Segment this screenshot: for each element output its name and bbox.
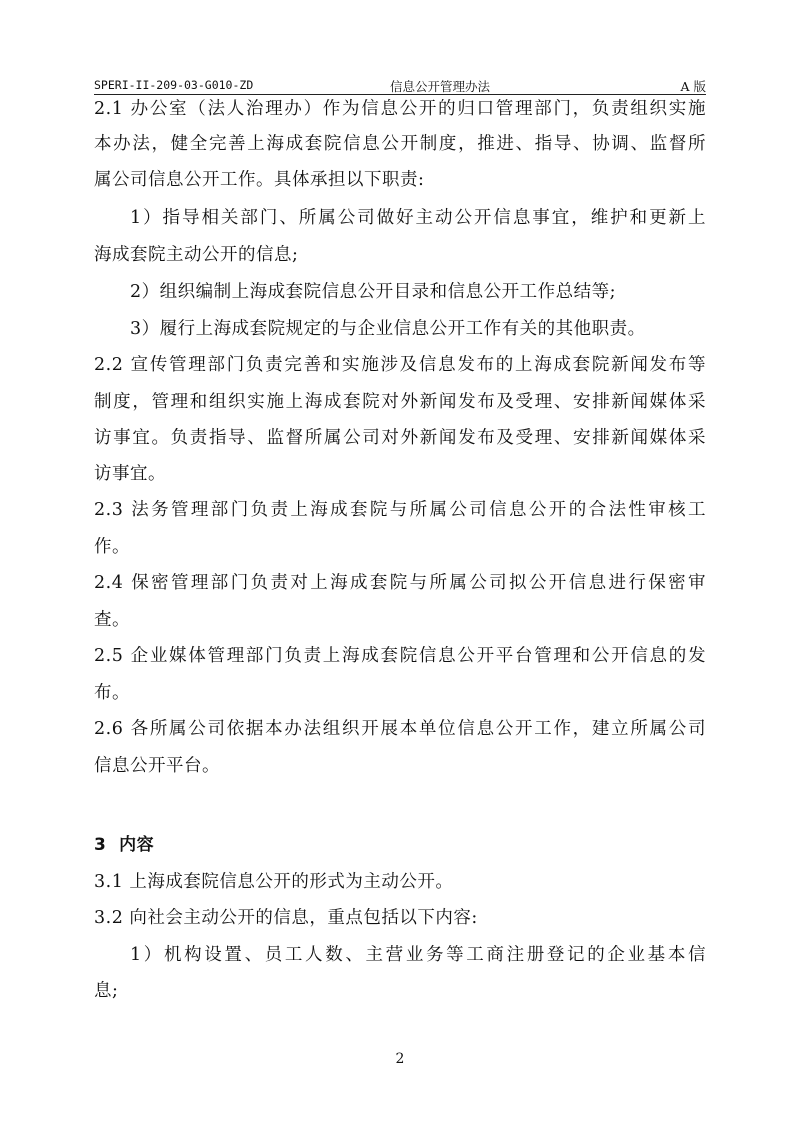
paragraph-3-2: 3.2 向社会主动公开的信息，重点包括以下内容: [94,906,706,930]
paragraph-2-3-line: 作。 [94,535,706,559]
paragraph-2-5-line: 2.5 企业媒体管理部门负责上海成套院信息公开平台管理和公开信息的发 [94,644,706,668]
page-header: SPERI-II-209-03-G010-ZD 信息公开管理办法 A 版 [94,77,706,95]
list-item-1: 1）指导相关部门、所属公司做好主动公开信息事宜，维护和更新上 [130,206,706,230]
paragraph-2-5-line: 布。 [94,681,706,705]
list-item-2: 2）组织编制上海成套院信息公开目录和信息公开工作总结等; [130,280,742,304]
paragraph-2-1-line: 属公司信息公开工作。具体承担以下职责: [94,168,706,192]
list-item-3-2-1-cont: 息; [94,979,706,1003]
paragraph-2-4-line: 查。 [94,608,706,632]
list-item-3-2-1: 1）机构设置、员工人数、主营业务等工商注册登记的企业基本信 [130,943,706,967]
document-title: 信息公开管理办法 [390,77,490,95]
paragraph-2-2-line: 访事宜。负责指导、监督所属公司对外新闻发布及受理、安排新闻媒体采 [94,426,706,450]
paragraph-2-4-line: 2.4 保密管理部门负责对上海成套院与所属公司拟公开信息进行保密审 [94,571,706,595]
paragraph-2-6-line: 信息公开平台。 [94,754,706,778]
page-number: 2 [0,1051,800,1067]
paragraph-2-1-line: 本办法，健全完善上海成套院信息公开制度，推进、指导、协调、监督所 [94,132,706,156]
paragraph-2-2-line: 访事宜。 [94,462,706,486]
document-version: A 版 [680,77,706,95]
document-code: SPERI-II-209-03-G010-ZD [94,78,253,92]
list-item-1-cont: 海成套院主动公开的信息; [94,243,706,267]
section-3-heading: 3 内容 [94,833,706,857]
paragraph-2-1-line: 2.1 办公室（法人治理办）作为信息公开的归口管理部门，负责组织实施 [94,97,706,121]
paragraph-2-6-line: 2.6 各所属公司依据本办法组织开展本单位信息公开工作，建立所属公司 [94,717,706,741]
paragraph-3-1: 3.1 上海成套院信息公开的形式为主动公开。 [94,870,706,894]
list-item-3: 3）履行上海成套院规定的与企业信息公开工作有关的其他职责。 [130,317,742,341]
paragraph-2-3-line: 2.3 法务管理部门负责上海成套院与所属公司信息公开的合法性审核工 [94,498,706,522]
paragraph-2-2-line: 2.2 宣传管理部门负责完善和实施涉及信息发布的上海成套院新闻发布等 [94,353,706,377]
paragraph-2-2-line: 制度，管理和组织实施上海成套院对外新闻发布及受理、安排新闻媒体采 [94,390,706,414]
